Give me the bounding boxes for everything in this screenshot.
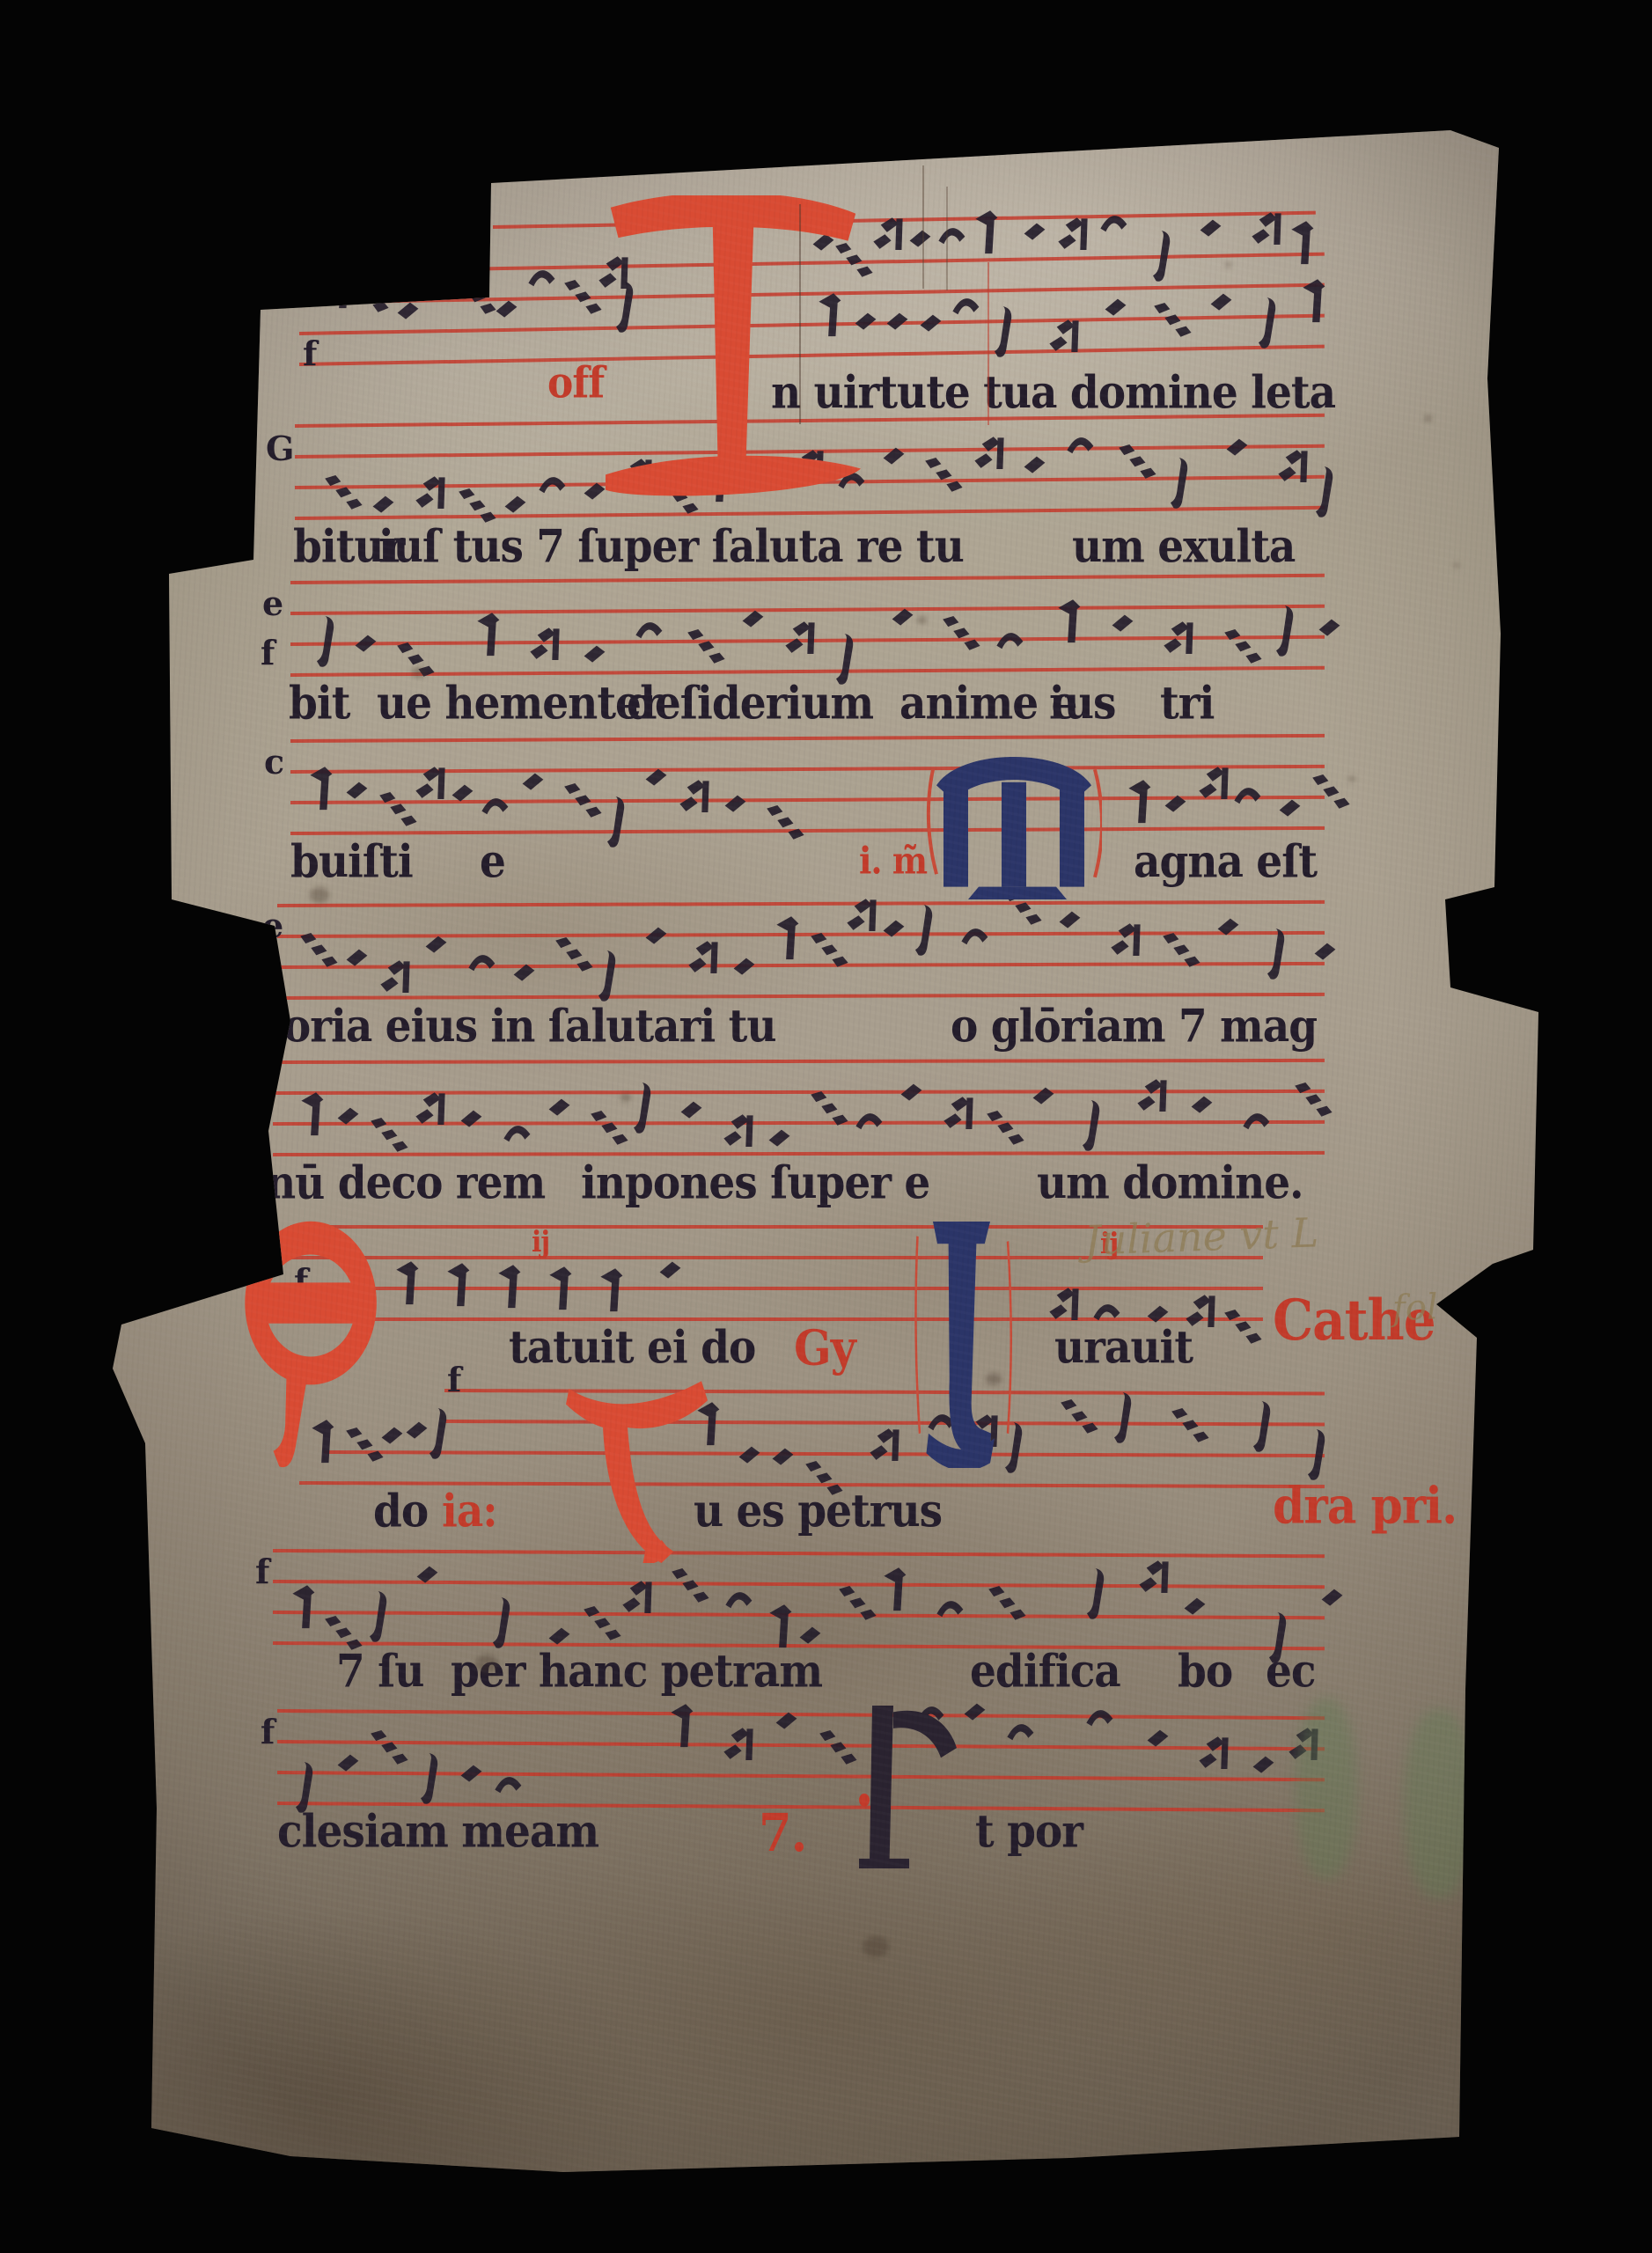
staff-line [277,900,1325,907]
neume [1223,629,1264,664]
initial-s-S-red [236,1216,385,1475]
neume [519,770,547,793]
neume [394,1260,422,1306]
neume [775,915,802,961]
neume [1215,915,1242,938]
neume [1241,1107,1273,1133]
stain-spot [863,1936,889,1957]
neume [1197,216,1224,239]
hairline-mark [946,187,948,290]
neume [773,1709,800,1732]
neume [1118,444,1158,479]
lyric-text: do [373,1483,428,1541]
neume [1294,1082,1334,1117]
neume [581,480,608,503]
neume [598,1267,626,1313]
initial-i-I-red [606,195,861,503]
neume [343,946,371,969]
neume [988,1586,1028,1620]
neume [731,955,758,978]
neume [880,444,907,467]
neume [917,312,944,334]
neume [378,959,412,994]
neume [1311,940,1339,963]
neume [1259,297,1286,350]
neume [1047,1287,1081,1322]
neume [1087,1568,1114,1621]
neume [1127,779,1154,825]
lyric-text: urauit [1054,1319,1193,1377]
neume [1056,908,1083,931]
neume [1308,1429,1335,1482]
neume [986,1111,1026,1145]
staff-line [290,1287,1263,1290]
neume [1171,1408,1211,1442]
neume [334,1104,362,1127]
lyric-text: agna eſt [1134,833,1317,892]
neume [1316,616,1343,639]
neume [1144,1727,1171,1750]
neume [924,458,965,492]
neume [935,1595,966,1620]
neume [308,766,335,811]
initial-m-M-blue [926,741,1102,903]
neume [739,607,767,630]
marginalia-note: Juliane vt L [1083,1208,1319,1264]
neume [669,1703,696,1749]
neume [590,1111,630,1145]
neume [547,1266,575,1311]
neume [1208,290,1235,313]
neume [1197,766,1230,801]
stain-spot [1274,231,1278,234]
neume [475,612,503,657]
lyric-text: nū deco rem [266,1155,545,1213]
page-background: cfoffn uirtute tua domine letaGbituriuſ … [0,0,1652,2253]
clef-letter: f [447,1363,461,1397]
lyric-text: um exulta [1072,518,1295,576]
lyric-text: edifica [970,1643,1120,1701]
neume [334,1751,362,1774]
neume [1223,1310,1264,1344]
neume [370,1591,397,1644]
neume [607,796,635,849]
staff-line [290,734,1325,743]
neume [526,264,558,290]
neume [634,616,665,642]
neume [502,1119,533,1145]
neume [686,940,720,975]
neume [995,627,1026,652]
neume [1030,1084,1057,1107]
neume [422,933,450,956]
neume [458,1762,485,1785]
clef-letter: e [262,909,283,943]
neume [973,209,1001,255]
manuscript-art-layer: cfoffn uirtute tua domine letaGbituriuſ … [0,0,1652,2253]
neume [880,917,907,940]
neume [403,1419,430,1442]
neume [510,961,538,984]
staff-line [273,1059,1325,1064]
clef-letter: c [308,237,328,270]
stain-spot [412,667,425,678]
neume [430,1408,457,1461]
neume [1162,620,1195,656]
neume [414,475,447,510]
neume [1289,220,1317,266]
neume [722,1727,755,1762]
stain-spot [986,1373,1002,1385]
neume [959,922,991,948]
neume [493,1771,525,1796]
neume [317,616,344,669]
neume [845,898,878,933]
initial-e-E-ink [833,1706,965,1872]
neume [370,1118,410,1152]
neume [496,1264,524,1310]
neume [350,278,391,312]
clef-letter: f [261,636,275,670]
neume [838,1586,878,1620]
neume [493,297,520,320]
neume [343,779,371,802]
neume [421,1753,448,1806]
neume [1301,278,1328,324]
neume [1084,1704,1116,1729]
clef-letter: f [261,1066,275,1099]
stain-spot [475,1655,498,1673]
neume [581,642,608,665]
neume [370,493,397,516]
neume [537,471,569,496]
neume [1223,436,1251,459]
lyric-text: inpones ſuper e [581,1155,929,1213]
lyric-text: ius [1049,675,1116,733]
stain-spot [310,887,329,903]
lyric-text: per hanc petram [451,1643,822,1701]
neume [1171,458,1198,510]
hairline-mark [988,262,989,425]
lyric-text: t por [975,1803,1083,1861]
neume [352,632,379,655]
lyric-text: ec [1266,1643,1316,1701]
clef-letter: f [261,1715,275,1749]
lyric-text: bo [1178,1643,1232,1701]
neume [871,216,905,252]
neume [466,949,498,974]
neume [783,620,817,656]
rubric-text: dra pri. [1273,1478,1457,1536]
neume [394,299,422,322]
neume [942,616,982,650]
lyric-text: o glōriam 7 mag [951,998,1317,1056]
lyric-text: deſiderium [627,675,873,733]
neume [1083,1100,1110,1153]
staff-line [290,605,1325,615]
neume [1021,453,1048,476]
neume [810,933,850,967]
neume [1109,922,1142,958]
neume [942,1096,975,1131]
lyric-text: ue hementer [377,675,662,733]
lyric-text: loria eius in ſalutari tu [268,998,776,1056]
lyric-text: e [480,833,505,892]
rubric-text: 7. [759,1803,806,1861]
neume [1318,1586,1346,1609]
neume [1267,928,1295,981]
staff-line [273,1611,1325,1619]
stain-spot [1348,776,1355,782]
neume [1250,211,1283,246]
hairline-mark [799,204,801,424]
lyric-text: tri [1160,675,1214,733]
neume [1098,209,1130,235]
neume [414,766,447,801]
neume [1250,1753,1277,1776]
neume [766,805,806,840]
rubric-text: Gy [794,1319,855,1377]
neume [458,488,498,523]
neume [1065,431,1097,457]
neume [889,605,916,628]
neume [598,950,626,1003]
lyric-text: iuſ tus 7 ſuper ſaluta re tu [378,518,964,576]
neume [528,627,562,662]
neume [327,264,355,310]
neume [414,1091,447,1126]
neume [458,1107,485,1130]
green-stain [1404,1709,1474,1898]
neume [563,783,604,818]
lyric-text: u es petrus [694,1483,942,1541]
neume [1197,1736,1230,1771]
neume [1276,449,1310,484]
neume [907,227,934,250]
neume [973,436,1006,471]
staff-line [324,1450,1325,1457]
clef-letter: f [303,337,317,371]
neume [1311,774,1352,809]
neume [898,1081,925,1104]
neume [1056,598,1083,644]
neume [430,261,463,296]
neume [620,1580,654,1615]
neume [299,1091,327,1137]
neume [583,1606,623,1640]
clef-letter: c [264,745,284,779]
neume [1316,466,1343,519]
neume [642,924,670,947]
neume [686,629,727,664]
neume [723,1586,755,1611]
neume [915,905,943,958]
lyric-text: 7 ſu [336,1643,423,1701]
neume [414,1563,441,1586]
rubric-text: i. m̃ [859,832,927,890]
neume [1137,1559,1171,1595]
stain-spot [1424,415,1432,422]
clef-letter: e [262,587,283,620]
green-stain [1296,1699,1357,1879]
hairline-mark [922,165,924,289]
neume [1135,1078,1169,1113]
neume [1232,782,1264,807]
neume [1056,216,1090,252]
neume [546,1096,573,1119]
neume [480,792,511,818]
neume [642,766,670,789]
neume [1162,933,1202,967]
staff-line [277,1709,1325,1720]
neume [1060,1399,1100,1434]
marginalia-note: fol : ij [1391,1285,1494,1329]
neume [961,1700,988,1723]
neume [370,1730,410,1765]
lyric-text: bit [289,675,349,733]
neume [884,310,911,333]
rubric-text: ij [532,1214,549,1272]
neume [766,1126,793,1149]
neume [736,1443,763,1466]
neume [1253,1401,1281,1454]
neume [634,1082,661,1135]
initial-i-I-blue [907,1222,1017,1471]
neume [324,475,364,510]
neume [1276,605,1303,658]
neume [299,933,340,967]
neume [722,1113,755,1149]
neume [854,1107,885,1133]
neume [449,782,476,804]
lyric-text: buiſti [290,833,413,892]
neume [1047,319,1081,354]
neume [1102,296,1129,319]
neume [445,1262,473,1308]
neume [678,1098,705,1121]
neume [1109,612,1136,635]
lyric-text: um domine. [1037,1155,1303,1213]
stain-spot [1454,563,1459,568]
clef-letter: f [255,1555,269,1589]
neume [951,292,982,318]
stain-spot [917,616,927,624]
neume [722,792,749,815]
neume [1153,231,1180,283]
neume [882,1567,909,1612]
neume [290,1584,318,1630]
rubric-text: ia: [442,1483,497,1541]
neume [671,1568,711,1603]
neume [502,493,529,516]
neume [1005,1718,1037,1743]
neume [995,306,1022,359]
neume [1188,1093,1215,1116]
neume [554,937,595,972]
stain-spot [620,1093,631,1102]
neume [1181,1595,1208,1618]
initial-t-T-red [560,1369,714,1567]
clef-letter: G [266,432,294,466]
neume [1114,1392,1142,1445]
neume [1021,220,1048,243]
neume [769,1445,797,1468]
neume [678,779,711,814]
rubric-text: off [547,355,604,413]
neume [936,222,968,247]
neume [1153,303,1193,337]
neume [657,1259,684,1281]
parchment: cfoffn uirtute tua domine letaGbituriuſ … [97,114,1549,2178]
neume [868,1427,901,1463]
neume [1162,792,1189,815]
staff-line [273,1549,1325,1558]
neume [810,1091,850,1126]
neume [1276,796,1303,819]
stain-spot [1225,262,1231,268]
lyric-text: clesiam meam [277,1803,598,1861]
neume [493,1597,520,1650]
